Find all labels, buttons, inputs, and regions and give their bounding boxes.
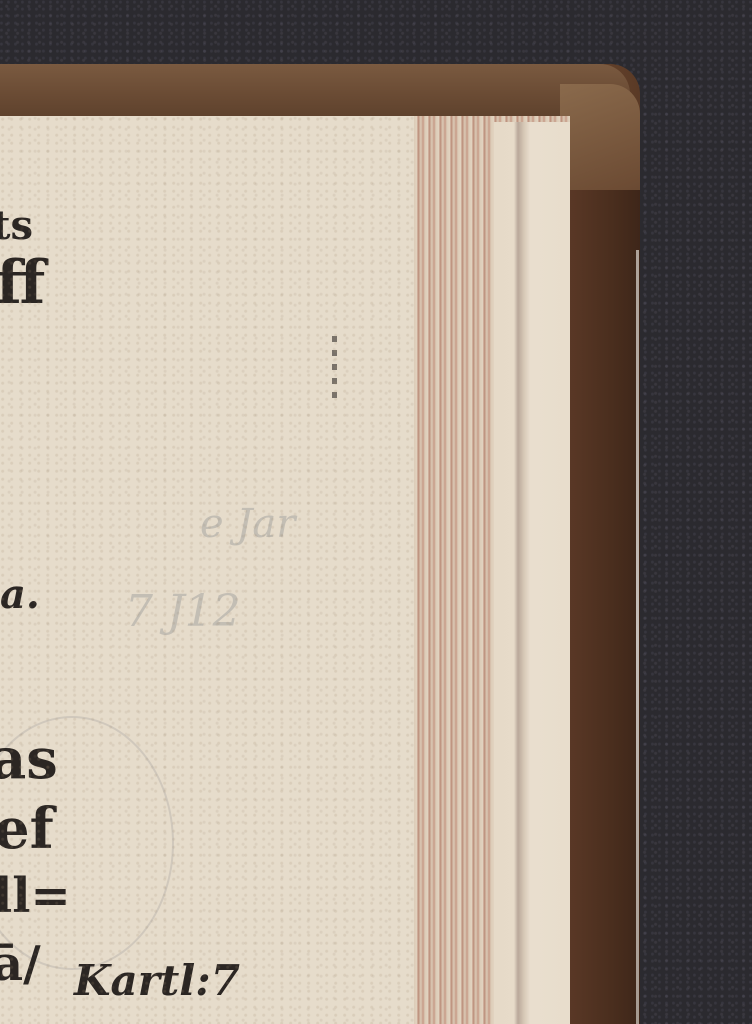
text-line-6: ll=	[0, 868, 71, 924]
text-line-4: as	[0, 726, 58, 792]
printed-page: e Jar 7 J12 ts ff a. as ef ll= ā/ Kartl:…	[0, 116, 414, 1024]
text-line-2: ff	[0, 248, 45, 318]
catchword: Kartl:7	[74, 956, 240, 1005]
text-line-3: a.	[0, 571, 40, 618]
page-edges-light	[494, 122, 570, 1024]
text-line-5: ef	[0, 796, 54, 862]
bleed-through-text-1: e Jar	[200, 501, 295, 547]
faded-stamp	[0, 716, 174, 970]
cover-edge-highlight	[636, 250, 639, 1024]
ink-mark	[332, 336, 337, 406]
cover-top-edge	[0, 64, 630, 116]
text-line-7: ā/	[0, 936, 41, 992]
text-line-1: ts	[0, 202, 33, 249]
bleed-through-text-2: 7 J12	[125, 586, 241, 637]
cover-right-edge	[568, 190, 640, 1024]
